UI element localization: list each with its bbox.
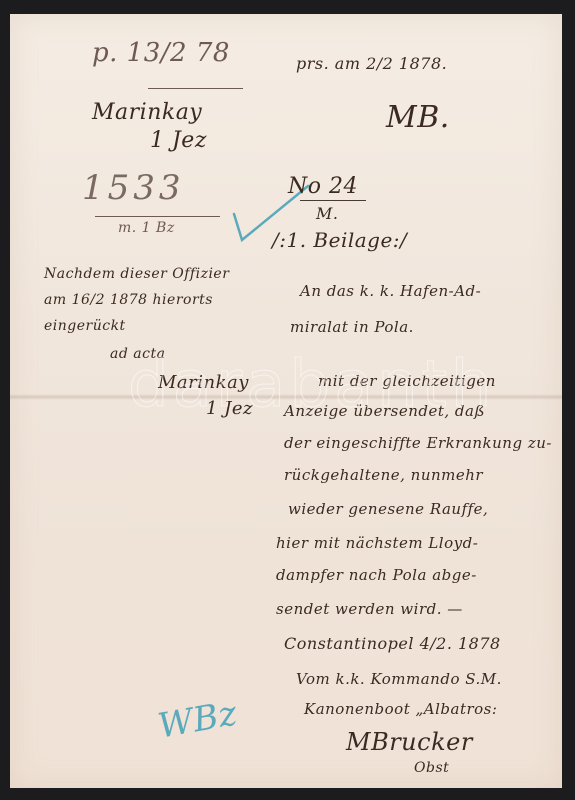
place-date: Constantinopel 4/2. 1878 [284,634,501,653]
closing-signature-title: Obst [414,760,449,776]
signature-marinkay-top: Marinkay [92,100,202,125]
reference-number: p. 13/2 78 [92,38,230,68]
left-note-line-3: eingerückt [44,318,126,334]
closing-signature: MBrucker [346,728,473,756]
enclosure-note: /:1. Beilage:/ [272,228,407,252]
registry-underline [95,216,220,217]
sender-line-2: Kanonenboot „Albatros: [304,700,497,718]
document-number: No 24 [288,174,358,199]
watermark: darabanth [128,348,495,422]
received-date: prs. am 2/2 1878. [296,54,447,73]
ref-underline [148,88,243,89]
signature-marinkay-top-sub: 1 Jez [150,128,207,153]
body-line-5: wieder genesene Rauffe, [288,500,488,518]
body-line-6: hier mit nächstem Lloyd- [276,534,478,552]
left-note-line-2: am 16/2 1878 hierorts [44,292,213,308]
registry-number: 1533 [82,168,185,208]
body-line-8: sendet werden wird. — [276,600,463,618]
body-line-3: der eingeschiffte Erkrankung zu- [284,434,552,452]
initials-signature: MB. [386,100,450,135]
registry-sub: m. 1 Bz [118,220,175,236]
sender-line-1: Vom k.k. Kommando S.M. [296,670,502,688]
document-number-sub: M. [316,204,338,223]
number-underline [300,200,366,201]
address-line-1: An das k. k. Hafen-Ad- [300,282,481,300]
address-line-2: miralat in Pola. [290,318,414,336]
body-line-4: rückgehaltene, nunmehr [284,466,483,484]
left-note-line-1: Nachdem dieser Offizier [44,266,229,282]
body-line-7: dampfer nach Pola abge- [276,566,477,584]
